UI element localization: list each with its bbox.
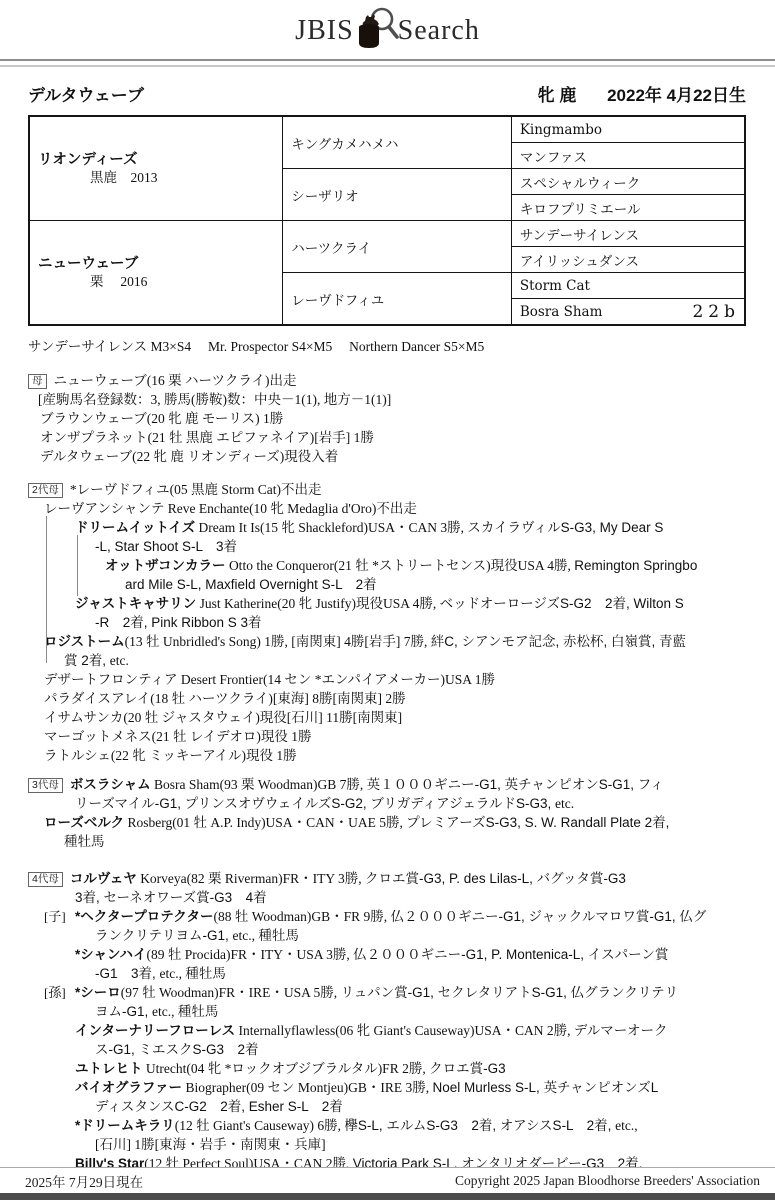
- pedigree-text: クロエ賞-G3, P. des Lilas-L, バグッタ賞-G3: [365, 871, 626, 886]
- pedigree-text: *ドリームキラリ: [75, 1118, 175, 1133]
- barrel-icon: [359, 27, 379, 48]
- bottom-edge-bar: [0, 1193, 775, 1200]
- pedigree-line: パラダイスアレイ(18 牡 ハーツクライ)[東海] 8勝[南関東] 2勝: [28, 689, 746, 708]
- pedigree-line: -R 2着, Pink Ribbon S 3着: [28, 613, 746, 632]
- dam-cell: ニューウェーブ 栗 2016: [29, 221, 283, 326]
- pedigree-text: ディスタンスC-G2 2着, Esher S-L 2着: [95, 1099, 343, 1114]
- header-divider: [0, 59, 775, 67]
- sire-coat-year: 黒鹿 2013: [38, 169, 280, 186]
- pedigree-text: *レーヴドフィユ(05 黒鹿 Storm Cat)不出走: [70, 482, 322, 497]
- pedigree-text: ス-G1, ミエスクS-G3 2着: [95, 1042, 259, 1057]
- pedigree-text: Dream It Is(15 牝 Shackleford)USA・CAN 3勝,: [195, 520, 467, 535]
- pedigree-text: リュパン賞-G1, セクレタリアトS-G1, 仏グランクリテリ: [341, 985, 679, 1000]
- pedigree-text: リーズマイル-G1, プリンスオヴウェイルズS-G2, ブリガディアジェラルドS…: [75, 796, 555, 811]
- pedigree-line: オンザプラネット(21 牡 黒鹿 エピファネイア)[岩手] 1勝: [28, 428, 746, 447]
- sire-sire-dam: マンファス: [511, 143, 745, 169]
- pedigree-line: ラトルシェ(22 牝 ミッキーアイル)現役 1勝: [28, 746, 746, 765]
- pedigree-line: ard Mile S-L, Maxfield Overnight S-L 2着: [28, 575, 746, 594]
- generation-label: 母: [28, 374, 47, 389]
- sire-name: リオンディーズ: [38, 151, 280, 169]
- page-content: デルタウェーブ 牝 鹿 2022年 4月22日生 リオンディーズ 黒鹿 2013…: [28, 81, 746, 1192]
- pedigree-text: ロジストーム: [44, 634, 125, 649]
- jbis-logo: JBIS Search: [0, 0, 775, 56]
- pedigree-line: ヨム-G1, etc., 種牡馬: [28, 1002, 746, 1021]
- pedigree-text: Remington Springbo: [574, 558, 697, 573]
- pedigree-line: [石川] 1勝[東海・岩手・南関東・兵庫]: [28, 1135, 746, 1154]
- dam-dam: レーヴドフィユ: [283, 273, 512, 326]
- dam-sire-dam: アイリッシュダンス: [511, 247, 745, 273]
- pedigree-line: 母ニューウェーブ(16 栗 ハーツクライ)出走: [28, 371, 746, 390]
- pedigree-text: Just Katherine(20 牝 Justify)現役USA 4勝,: [196, 596, 439, 611]
- pedigree-text: ard Mile S-L, Maxfield Overnight S-L 2着: [125, 577, 377, 592]
- pedigree-text: *シーロ: [75, 985, 121, 1000]
- pedigree-line: ブラウンウェーブ(20 牝 鹿 モーリス) 1勝: [28, 409, 746, 428]
- pedigree-text: プレミアーズS-G3, S. W. Randall Plate 2着,: [406, 815, 669, 830]
- pedigree-text: -L, Star Shoot S-L 3着: [95, 539, 237, 554]
- pedigree-line: ス-G1, ミエスクS-G3 2着: [28, 1040, 746, 1059]
- granddam2-section: 2代母*レーヴドフィユ(05 黒鹿 Storm Cat)不出走レーヴアンシャンテ…: [28, 480, 746, 765]
- generation-label: 2代母: [28, 483, 63, 498]
- pedigree-line: 3代母ボスラシャム Bosra Sham(93 栗 Woodman)GB 7勝,…: [28, 775, 746, 794]
- pedigree-text: (12 牡 Giant's Causeway) 6勝,: [175, 1118, 345, 1133]
- pedigree-line: 4代母コルヴェヤ Korveya(82 栗 Riverman)FR・ITY 3勝…: [28, 869, 746, 888]
- pedigree-line: 種牡馬: [28, 832, 746, 851]
- copyright: Copyright 2025 Japan Bloodhorse Breeders…: [455, 1173, 760, 1189]
- sire-cell: リオンディーズ 黒鹿 2013: [29, 116, 283, 221]
- generation-label: 3代母: [28, 778, 63, 793]
- pedigree-text: (13 牡 Unbridled's Song) 1勝, [南関東] 4勝[岩手]…: [125, 634, 431, 649]
- pedigree-text: 英１０００ギニー-G1, 英チャンピオンS-G1, フィ: [367, 777, 664, 792]
- dam-sire: ハーツクライ: [283, 221, 512, 273]
- pedigree-text: スカイラヴィルS-G3, My Dear S: [467, 520, 663, 535]
- inbreeding-line: サンデーサイレンス M3×S4 Mr. Prospector S4×M5 Nor…: [28, 337, 746, 356]
- pedigree-text: Utrecht(04 牝 *ロックオブジブラルタル)FR 2勝,: [143, 1061, 430, 1076]
- pedigree-text: オンザプラネット(21 牡 黒鹿 エピファネイア)[岩手] 1勝: [40, 430, 374, 445]
- pedigree-text: 仏２０００ギニー-G1, P. Montenica-L, イスパーン賞: [353, 947, 668, 962]
- logo-text-search: Search: [398, 15, 480, 47]
- pedigree-text: (97 牡 Woodman)FR・IRE・USA 5勝,: [121, 985, 341, 1000]
- pedigree-text: ブラウンウェーブ(20 牝 鹿 モーリス) 1勝: [40, 411, 283, 426]
- pedigree-line: ロジストーム(13 牡 Unbridled's Song) 1勝, [南関東] …: [28, 632, 746, 651]
- pedigree-text: 仏２０００ギニー-G1, ジャックルマロワ賞-G1, 仏グ: [391, 909, 707, 924]
- pedigree-text: Biographer(09 セン Montjeu)GB・IRE 3勝,: [182, 1080, 432, 1095]
- pedigree-line: リーズマイル-G1, プリンスオヴウェイルズS-G2, ブリガディアジェラルドS…: [28, 794, 746, 813]
- pedigree-line: マーゴットメネス(21 牡 レイデオロ)現役 1勝: [28, 727, 746, 746]
- pedigree-line: ディスタンスC-G2 2着, Esher S-L 2着: [28, 1097, 746, 1116]
- pedigree-line: ドリームイットイズ Dream It Is(15 牝 Shackleford)U…: [28, 518, 746, 537]
- pedigree-line: ランクリテリヨム-G1, etc., 種牡馬: [28, 926, 746, 945]
- generation-label: 4代母: [28, 872, 63, 887]
- pedigree-line: デルタウェーブ(22 牝 鹿 リオンディーズ)現役入着: [28, 447, 746, 466]
- pedigree-text: ランクリテリヨム-G1,: [95, 928, 232, 943]
- pedigree-text: Otto the Conqueror(21 牡 *ストリートセンス)現役USA …: [226, 558, 575, 573]
- pedigree-text: 種牡馬: [64, 834, 105, 849]
- pedigree-text: ヨム-G1,: [95, 1004, 152, 1019]
- pedigree-line: *ドリームキラリ(12 牡 Giant's Causeway) 6勝, 欅S-L…: [28, 1116, 746, 1135]
- granddam4-section: 4代母コルヴェヤ Korveya(82 栗 Riverman)FR・ITY 3勝…: [28, 869, 746, 1192]
- dam-sire-sire: サンデーサイレンス: [511, 221, 745, 247]
- pedigree-line: [子]*ヘクタープロテクター(88 牡 Woodman)GB・FR 9勝, 仏２…: [28, 907, 746, 926]
- pedigree-text: イサムサンカ(20 牡 ジャスタウェイ)現役[石川] 11勝[南関東]: [44, 710, 402, 725]
- pedigree-text: ベッドオーロージズS-G2 2着, Wilton S: [440, 596, 684, 611]
- pedigree-text: マーゴットメネス(21 牡 レイデオロ)現役 1勝: [44, 729, 312, 744]
- pedigree-line: インターナリーフローレス Internallyflawless(06 牝 Gia…: [28, 1021, 746, 1040]
- pedigree-text: etc., 種牡馬: [152, 1004, 218, 1019]
- pedigree-text: ボスラシャム: [70, 777, 151, 792]
- pedigree-line: *シャンハイ(89 牡 Procida)FR・ITY・USA 3勝, 仏２０００…: [28, 945, 746, 964]
- pedigree-line: ジャストキャサリン Just Katherine(20 牝 Justify)現役…: [28, 594, 746, 613]
- dam-dam-dam-cell: Bosra Sham 22b: [511, 299, 745, 326]
- pedigree-line: デザートフロンティア Desert Frontier(14 セン *エンパイアメ…: [28, 670, 746, 689]
- page-footer: 2025年 7月29日現在 Copyright 2025 Japan Blood…: [0, 1167, 775, 1193]
- pedigree-text: コルヴェヤ: [70, 871, 137, 886]
- pedigree-line: 賞 2着, etc.: [28, 651, 746, 670]
- pedigree-text: 3着, セーネオワーズ賞-G3 4着: [75, 890, 267, 905]
- relation-label: [子]: [44, 907, 75, 926]
- pedigree-text: ラトルシェ(22 牝 ミッキーアイル)現役 1勝: [44, 748, 297, 763]
- tree-line: [77, 535, 78, 596]
- pedigree-text: デルタウェーブ(22 牝 鹿 リオンディーズ)現役入着: [40, 449, 338, 464]
- pedigree-text: (88 牡 Woodman)GB・FR 9勝,: [214, 909, 391, 924]
- dam-coat-year: 栗 2016: [38, 273, 280, 290]
- title-row: デルタウェーブ 牝 鹿 2022年 4月22日生: [28, 81, 746, 106]
- dam-section: 母ニューウェーブ(16 栗 ハーツクライ)出走[産駒馬名登録数：3, 勝馬(勝鞍…: [28, 371, 746, 466]
- pedigree-text: パラダイスアレイ(18 牡 ハーツクライ)[東海] 8勝[南関東] 2勝: [44, 691, 406, 706]
- sire-sire-sire: Kingmambo: [511, 116, 745, 143]
- tree-line: [46, 516, 47, 663]
- pedigree-line: -L, Star Shoot S-L 3着: [28, 537, 746, 556]
- pedigree-text: Noel Murless S-L, 英チャンピオンズL: [433, 1080, 659, 1095]
- pedigree-text: デザートフロンティア Desert Frontier(14 セン *エンパイアメ…: [44, 672, 495, 687]
- dam-dam-sire: Storm Cat: [511, 273, 745, 299]
- pedigree-text: Bosra Sham(93 栗 Woodman)GB 7勝,: [151, 777, 367, 792]
- relation-label: [孫]: [44, 983, 75, 1002]
- page-title: デルタウェーブ: [28, 81, 144, 106]
- pedigree-line: 2代母*レーヴドフィユ(05 黒鹿 Storm Cat)不出走: [28, 480, 746, 499]
- pedigree-text: ドリームイットイズ: [75, 520, 195, 535]
- dam-name: ニューウェーブ: [38, 255, 280, 273]
- sire-dam-dam: キロフプリミエール: [511, 195, 745, 221]
- pedigree-text: デルマーオーク: [574, 1023, 668, 1038]
- pedigree-text: etc., 種牡馬: [160, 966, 226, 981]
- pedigree-line: -G1 3着, etc., 種牡馬: [28, 964, 746, 983]
- pedigree-text: Internallyflawless(06 牝 Giant's Causeway…: [235, 1023, 574, 1038]
- pedigree-line: 3着, セーネオワーズ賞-G3 4着: [28, 888, 746, 907]
- pedigree-text: -G1 3着,: [95, 966, 160, 981]
- pedigree-text: (89 牡 Procida)FR・ITY・USA 3勝,: [147, 947, 354, 962]
- pedigree-text: etc.,: [615, 1118, 638, 1133]
- pedigree-text: [石川] 1勝[東海・岩手・南関東・兵庫]: [95, 1137, 326, 1152]
- sire-dam: シーザリオ: [283, 169, 512, 221]
- pedigree-text: -R 2着, Pink Ribbon S 3着: [95, 615, 262, 630]
- pedigree-line: レーヴアンシャンテ Reve Enchante(10 牝 Medaglia d'…: [28, 499, 746, 518]
- pedigree-table: リオンディーズ 黒鹿 2013 キングカメハメハ Kingmambo マンファス…: [28, 115, 746, 326]
- pedigree-text: etc.: [555, 796, 574, 811]
- sex-coat: 牝 鹿: [538, 86, 577, 105]
- granddam2-lines: 2代母*レーヴドフィユ(05 黒鹿 Storm Cat)不出走レーヴアンシャンテ…: [28, 480, 746, 765]
- sire-sire: キングカメハメハ: [283, 116, 512, 169]
- pedigree-text: [産駒馬名登録数：3, 勝馬(勝鞍)数：中央－1(1), 地方－1(1)]: [38, 392, 391, 407]
- pedigree-text: ローズベルク: [44, 815, 124, 830]
- sire-dam-sire: スペシャルウィーク: [511, 169, 745, 195]
- pedigree-line: オットザコンカラー Otto the Conqueror(21 牡 *ストリート…: [28, 556, 746, 575]
- pedigree-line: バイオグラファー Biographer(09 セン Montjeu)GB・IRE…: [28, 1078, 746, 1097]
- pedigree-text: オットザコンカラー: [105, 558, 226, 573]
- pedigree-line: ローズベルク Rosberg(01 牡 A.P. Indy)USA・CAN・UA…: [28, 813, 746, 832]
- family-number: 22b: [692, 302, 740, 322]
- pedigree-text: ニューウェーブ(16 栗 ハーツクライ)出走: [54, 373, 297, 388]
- dam-dam-dam: Bosra Sham: [520, 304, 603, 320]
- pedigree-text: ユトレヒト: [75, 1061, 143, 1076]
- logo-icon: [353, 5, 399, 58]
- pedigree-text: Korveya(82 栗 Riverman)FR・ITY 3勝,: [137, 871, 365, 886]
- pedigree-text: レーヴアンシャンテ Reve Enchante(10 牝 Medaglia d'…: [44, 501, 417, 516]
- birth-date: 2022年 4月22日生: [607, 86, 746, 105]
- pedigree-text: 絆C, シアンモア記念, 赤松杯, 白嶺賞, 青藍: [431, 634, 686, 649]
- pedigree-text: ジャストキャサリン: [75, 596, 196, 611]
- pedigree-line: イサムサンカ(20 牡 ジャスタウェイ)現役[石川] 11勝[南関東]: [28, 708, 746, 727]
- pedigree-line: ユトレヒト Utrecht(04 牝 *ロックオブジブラルタル)FR 2勝, ク…: [28, 1059, 746, 1078]
- granddam3-section: 3代母ボスラシャム Bosra Sham(93 栗 Woodman)GB 7勝,…: [28, 775, 746, 851]
- pedigree-line: [産駒馬名登録数：3, 勝馬(勝鞍)数：中央－1(1), 地方－1(1)]: [28, 390, 746, 409]
- pedigree-text: Rosberg(01 牡 A.P. Indy)USA・CAN・UAE 5勝,: [124, 815, 406, 830]
- pedigree-text: バイオグラファー: [75, 1080, 182, 1095]
- pedigree-line: [孫]*シーロ(97 牡 Woodman)FR・IRE・USA 5勝, リュパン…: [28, 983, 746, 1002]
- pedigree-text: 賞 2着,: [64, 653, 110, 668]
- pedigree-text: etc.: [110, 653, 129, 668]
- horse-profile: 牝 鹿 2022年 4月22日生: [538, 81, 746, 106]
- pedigree-text: *ヘクタープロテクター: [75, 909, 214, 924]
- pedigree-text: インターナリーフローレス: [75, 1023, 235, 1038]
- pedigree-text: *シャンハイ: [75, 947, 147, 962]
- logo-text-jbis: JBIS: [295, 15, 353, 47]
- pedigree-text: クロエ賞-G3: [429, 1061, 506, 1076]
- pedigree-text: 欅S-L, エルムS-G3 2着, オアシスS-L 2着,: [344, 1118, 615, 1133]
- pedigree-text: etc., 種牡馬: [232, 928, 298, 943]
- as-of-date: 2025年 7月29日現在: [25, 1171, 143, 1191]
